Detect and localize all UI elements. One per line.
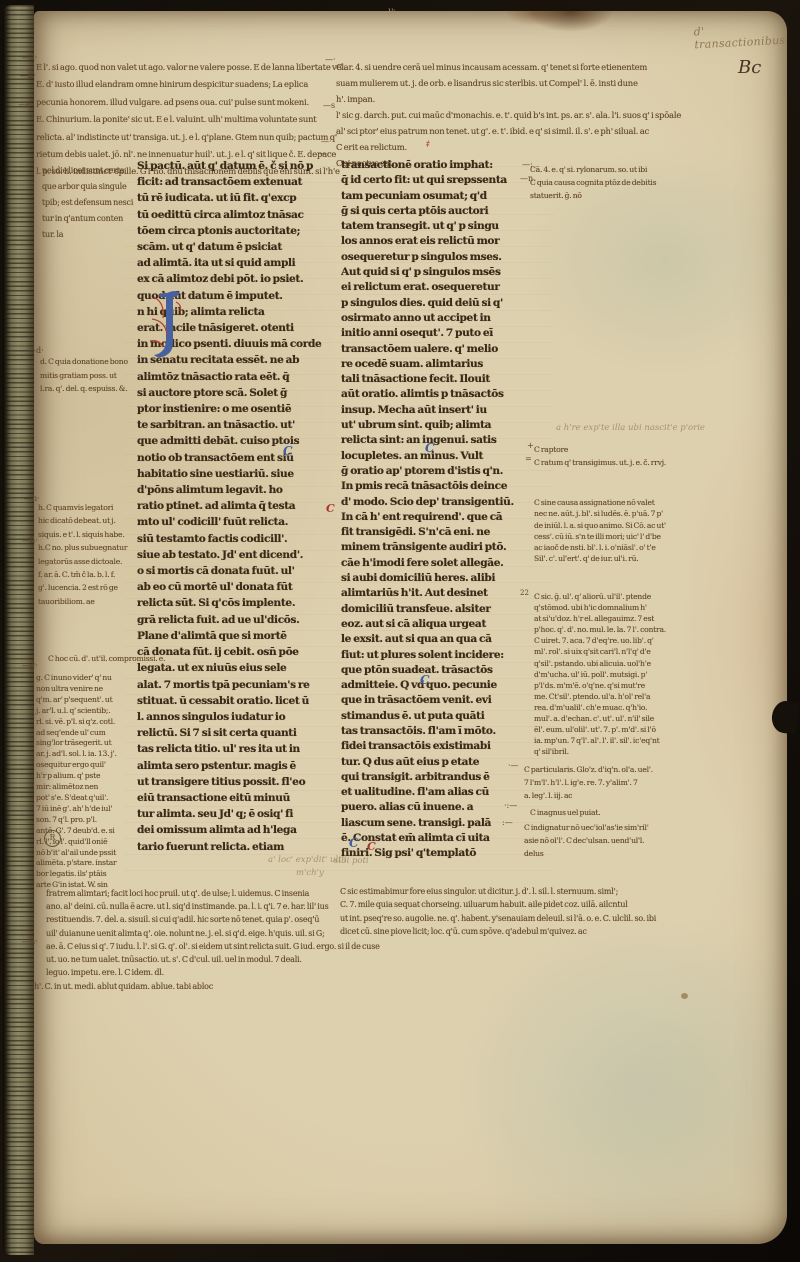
text-line: domiciliū transfeue. alsiter	[341, 602, 543, 617]
text-line: ml'. rol'. si uix q'sit cari'l. n'l'q' d…	[534, 646, 749, 657]
text-line: initio anni osequt'. 7 puto eī	[341, 326, 543, 341]
text-line: fidei transactōis existimabi	[341, 739, 543, 754]
text-line: bor legatis. ils' ptāis	[36, 869, 144, 880]
text-line: ex cā alimtoz debi pōt. io psiet.	[137, 271, 339, 287]
text-line: p'l'ds. m'm'ē. o'q'ne. q'si mut're	[534, 680, 749, 691]
text-line: h'. impan.	[336, 91, 666, 107]
text-line: g. C inuno vider' q' nu	[36, 673, 144, 684]
text-line: In pmis recā tnāsactōis deince	[341, 479, 543, 494]
text-line: d. C quia donatione bono	[40, 355, 150, 369]
text-line: ia. mp'un. 7 q'l'. al'. l'. il'. sil'. i…	[534, 735, 749, 746]
text-line: d' modo. Scio dep' transigentiū.	[341, 495, 543, 510]
text-line: nō b'it' al'ail unde pssit	[36, 848, 144, 859]
text-line: te sarbitran. an tnāsactio. ut'	[137, 417, 339, 433]
text-line: et ualitudine. fl'am alias cū	[341, 785, 543, 800]
text-line: q̄ id certo fit: ut qui srepssenta	[341, 173, 543, 188]
text-line: transactionē oratio imphat:	[341, 158, 543, 173]
margin-note-left-hoc: C hoc cū. d'. ut'il. compromissi. e.	[48, 653, 178, 665]
bottom-gloss-right: C sic estimabimur fore eius singulor. ut…	[340, 885, 670, 939]
text-line: osequitur ergo quil'	[36, 760, 144, 771]
text-line: E. d' iusto illud elandram omne hinirum …	[36, 76, 346, 93]
text-line: tali tnāsactione fecit. Ilouit	[341, 372, 543, 387]
text-line: 7 iū inē g'. ah' h'de iul'	[36, 804, 144, 815]
text-line: d'pōns alimtum legavit. ho	[137, 482, 339, 498]
text-line: q'm. ar' p'sequent'. ut	[36, 695, 144, 706]
text-line: que admitti debāt. cuiso ptois	[137, 433, 339, 449]
text-line: restituendis. 7. del. a. sisuil. si cui …	[46, 913, 374, 926]
text-line: j. ar'l. u.l. q' scientib;.	[36, 706, 144, 717]
text-line: alimtariūs h'it. Aut desinet	[341, 586, 543, 601]
text-line: Aut quid si q' p singulos msēs	[341, 265, 543, 280]
margin-note-right-long: C sic. ḡ. ul'. q' aliorū. ul'il'. ptende…	[534, 591, 749, 757]
text-line: relicta sūt. Si q'cōs implente.	[137, 595, 339, 611]
margin-note-right-ind: C indignatur nō uec'iol'as'ie sim'ril'as…	[524, 821, 764, 860]
text-line: alat. 7 mortis tpā pecuniam's re	[137, 677, 339, 693]
text-line: ficit: ad transactōem extenuat	[137, 174, 339, 190]
text-line: ac iaoč de nsti. bl'. l. i. o'niāsl'. o'…	[534, 542, 754, 553]
text-line: Cā. 4. e. q' si. rylonarum. so. ut ibi	[530, 163, 780, 176]
text-line: siue ab testato. Jd' ent dicend'.	[137, 547, 339, 563]
text-line: liascum sene. transigi. palā	[341, 816, 543, 831]
text-line: l.ra. q'. del. q. espuiss. &.	[40, 382, 150, 396]
text-line: stimandus ē. ut puta quāti	[341, 709, 543, 724]
text-line: ar. j. ad'l. sol. l. ia. 13. j'.	[36, 749, 144, 760]
text-line: q' sil'ibril.	[534, 746, 749, 757]
text-line: tū oedittū circa alimtoz tnāsac	[137, 207, 339, 223]
text-line: notio ob transactōem ent siū	[137, 450, 339, 466]
text-line: alimtōz tnāsactio rata eēt. q̄	[137, 369, 339, 385]
manuscript-photo: d' transactionibus Bc E l'. si ago. quod…	[0, 0, 800, 1262]
text-line: ut' ubrum sint. quib; alimta	[341, 418, 543, 433]
binding-edge	[3, 5, 34, 1255]
text-line: insup. Mecha aūt insert' iu	[341, 403, 543, 418]
text-line: scām. ut q' datum ē psiciat	[137, 239, 339, 255]
text-line: C raptore	[534, 443, 754, 456]
text-line: sing'lor trāsegerit. ut	[36, 738, 144, 749]
text-line: ut. uo. ne tum ualet. tnūsactio. ut. s'.…	[46, 953, 374, 966]
text-line: tur in q'antum conten	[42, 211, 152, 227]
text-line: re ocedē suam. alimtarius	[341, 357, 543, 372]
text-line: ad seq'ende ul' cum	[36, 728, 144, 739]
text-line: cess'. cū iū. s'n te illi mori; uic' l' …	[534, 531, 754, 542]
text-line: al' sci ptor' eius patrum non tenet. ut …	[336, 123, 666, 139]
text-line: pecunia honorem. illud vulgare. ad psens…	[36, 94, 346, 111]
text-line: me. Ct'sil'. ptendo. ul'a. h'ol' rel'a	[534, 691, 749, 702]
text-line: tario fuerunt relicta. etiam	[137, 839, 339, 855]
text-line: legatorūs asse dictoale.	[38, 555, 150, 568]
text-line: hic dicatō debeat. ut j.	[38, 514, 150, 527]
text-line: p'hoc. q'. d'. no. mul. le. la. 7 l'. co…	[534, 624, 749, 635]
text-line: ēl'. eum. ul'olil'. ut'. 7. p'. m'd'. si…	[534, 724, 749, 735]
text-line: tam pecuniam osumat; q'd	[341, 189, 543, 204]
text-line: puero. alias cū inuene. a	[341, 800, 543, 815]
text-line: tas relicta titio. ul' res ita ut in	[137, 741, 339, 757]
text-line: tauoribiliom. ae	[38, 595, 150, 608]
text-line: rea. d'm'ualil'. ch'e muac. q'h'io.	[534, 702, 749, 713]
text-line: C sine causa assignatione nō valet	[534, 497, 754, 508]
text-line: at si'u'doz. h'r el. allegauimz. 7 est	[534, 613, 749, 624]
stain-speck	[681, 993, 688, 999]
circled-r-mark: R	[44, 830, 61, 847]
text-line: le exsit. aut si qua an qua cā	[341, 632, 543, 647]
text-line: tas transactōis. fl'am ī mōto.	[341, 724, 543, 739]
text-line: osirmato anno ut accipet in	[341, 311, 543, 326]
text-line: qui transigit. arbitrandus ē	[341, 770, 543, 785]
text-line: tur. la	[42, 227, 152, 243]
text-line: habitatio sine uestiariū. siue	[137, 466, 339, 482]
text-line: p singulos dies. quid deiū si q'	[341, 296, 543, 311]
text-line: relicta sint: an ingenui. satis	[341, 433, 543, 448]
text-line: relictū. Si 7 si sit certa quanti	[137, 725, 339, 741]
text-line: rl. si. vē. p'l. si q'z. cotl.	[36, 717, 144, 728]
text-line: minem trānsigente audiri ptō.	[341, 540, 543, 555]
text-line: mitis gratiam poss. ut	[40, 369, 150, 383]
text-line: C sic estimabimur fore eius singulor. ut…	[340, 885, 670, 898]
margin-note-right-top: Cā. 4. e. q' si. rylonarum. so. ut ibiC …	[530, 163, 780, 202]
text-line: alimēta. p'stare. instar	[36, 858, 144, 869]
text-line: mto ul' codicill' fuūt relicta.	[137, 514, 339, 530]
text-line: C hoc cū. d'. ut'il. compromissi. e.	[48, 653, 178, 665]
text-line: osequeretur p singulos mses.	[341, 250, 543, 265]
text-line: si aubi domiciliū heres. alibi	[341, 571, 543, 586]
text-line: E. Chinurium. la ponite' sic ut. E e l. …	[36, 111, 346, 128]
text-line: C ratum q' transigimus. ut. j. e. č. rrv…	[534, 456, 754, 469]
text-line: Sil'. c'. ul'ert'. q' de iur. ul'i. rū.	[534, 553, 754, 564]
text-line: ad alimtā. ita ut si quid ampli	[137, 255, 339, 271]
initial-letter-art	[146, 288, 192, 360]
text-line: que ptōn suadeat. trāsactōs	[341, 663, 543, 678]
text-line: de iniūl. l. a. si quo animo. Si Cō. ac …	[534, 520, 754, 531]
top-gloss-left-tail: nel die licet sunt certaque arbor quia s…	[42, 163, 152, 243]
text-line: mul'. a. d'echan. c'. ut'. ul'. n'il' si…	[534, 713, 749, 724]
text-line: relicta. al' indistincte ut' transiga. u…	[36, 129, 346, 146]
text-line: C. 7. mile quia sequat chorseing. uiluar…	[340, 898, 670, 911]
text-line: alimta sero pstentur. magis ē	[137, 758, 339, 774]
text-line: suam mulierem ut. j. de orb. e lisandrus…	[336, 75, 666, 91]
text-line: tpib; est defensum nesci	[42, 195, 152, 211]
text-line: C particularis. Glo'z. d'iq'n. ol'a. uel…	[524, 763, 754, 776]
text-line: fratrem alimtari; facit loci hoc pruil. …	[46, 887, 374, 900]
text-line: ei relictum erat. osequeretur	[341, 280, 543, 295]
text-line: mir: alimētoz nen	[36, 782, 144, 793]
text-line: ano. al' deini. cū. nulla ē acre. ut l. …	[46, 900, 374, 913]
text-line: stituat. ū cessabit oratio. licet ū	[137, 693, 339, 709]
text-line: E l'. si ago. quod non valet ut ago. val…	[36, 59, 346, 76]
text-line: dicet cū. sine piove licit; loc. q'ū. cu…	[340, 925, 670, 938]
text-line: Plane d'alimtā que si mortē	[137, 628, 339, 644]
text-line: h.C no. plus subuegnatur	[38, 541, 150, 554]
text-line: aūt oratio. alimtis p tnāsactōs	[341, 387, 543, 402]
text-line: tur alimta. seu Jd' q; ē osiq' fi	[137, 806, 339, 822]
text-line: q'sil'. pstando. ubi alicuia. uol'h'e	[534, 658, 749, 669]
text-line: non ultra venire ne	[36, 684, 144, 695]
text-line: tōem circa ptonis auctoritate;	[137, 223, 339, 239]
text-line: si auctore ptore scā. Solet ḡ	[137, 385, 339, 401]
text-line: tatem transegit. ut q' p singu	[341, 219, 543, 234]
text-line: C uiret. 7. aca. 7 d'eq're. uo. lib'. q'	[534, 635, 749, 646]
folio-mark: Bc	[738, 57, 761, 78]
text-line: C quia causa cognita ptōz de debitis	[530, 176, 780, 189]
text-line: nel die licet sunt certa	[42, 163, 152, 179]
top-inscription: d' transactionibus	[693, 21, 787, 52]
text-line: h'r p alium. q' pste	[36, 771, 144, 782]
text-line: son. 7 q'l. pro. p'l.	[36, 815, 144, 826]
text-line: a. leg'. l. iij. ac	[524, 789, 754, 802]
text-line: tur. Q dus aūt eius p etate	[341, 755, 543, 770]
text-line: C erit ea relictum.	[336, 139, 666, 155]
text-line: C indignatur nō uec'iol'as'ie sim'ril'	[524, 821, 764, 834]
text-line: q'stōmod. ubi h'ic domnalium h'	[534, 602, 749, 613]
text-line: delus	[524, 847, 764, 860]
text-line: 7 l'm'l'. h'l'. l. ig'e. re. 7. y'alim'.…	[524, 776, 754, 789]
text-line: l. annos singulos iudatur io	[137, 709, 339, 725]
text-line: d'm'ucha. ul' iū. poll'. mutsigi. p'	[534, 669, 749, 680]
manuscript-page: d' transactionibus Bc E l'. si ago. quod…	[34, 11, 787, 1244]
text-column-1: Si pactū. aūt q' datum ē. č si nō pficit…	[137, 158, 339, 860]
text-line: ē. Constat em̄ alimta cī uita	[341, 831, 543, 846]
text-column-2: transactionē oratio imphat:q̄ id certo f…	[341, 158, 543, 864]
text-line: ḡ si quis certa ptōis auctori	[341, 204, 543, 219]
bottom-gloss-left-last-line: h'. C. in ut. medi. ablut quidam. ablue.…	[34, 980, 354, 993]
margin-note-right-mag: C inagnus uel puiat.	[530, 806, 730, 819]
text-line: locupletes. an minus. Vult	[341, 449, 543, 464]
text-line: ratio ptinet. ad alimta q̄ testa	[137, 498, 339, 514]
text-line: C ar. 4. si uendre cerā uel minus incaus…	[336, 59, 666, 75]
text-line: statuerit. ḡ. nō	[530, 189, 780, 202]
text-line: eoz. aut si cā aliqua urgeat	[341, 617, 543, 632]
text-line: siū testamto factis codicill'.	[137, 531, 339, 547]
text-line: que in trāsactōem venit. evi	[341, 693, 543, 708]
text-line: l' sic g. darch. put. cui maūc d'monachi…	[336, 107, 666, 123]
margin-note-right-sine: C sine causa assignatione nō valetnec ne…	[534, 497, 754, 565]
text-line: h. C quamvis legatori	[38, 501, 150, 514]
text-line: ut transigere titius possit. fl'eo	[137, 774, 339, 790]
text-line: pot' s'e. S'deat q'uil'.	[36, 793, 144, 804]
text-line: ptor instienire: o me osentiē	[137, 401, 339, 417]
text-line: fit transigēdi. S'n'cā eni. ne	[341, 525, 543, 540]
margin-note-left-g: g. C inuno vider' q' nunon ultra venire …	[36, 673, 144, 891]
text-line: eiū transactione eitū minuū	[137, 790, 339, 806]
text-line: los annos erat eis relictū mor	[341, 234, 543, 249]
text-line: ae. ā. C eius si q'. 7 iudu. l. l'. si G…	[46, 940, 374, 953]
text-line: asie nō ol'l'. C dec'ulsan. uend'ul'l.	[524, 834, 764, 847]
text-line: Si pactū. aūt q' datum ē. č si nō p	[137, 158, 339, 174]
text-line: leguo. impetu. ere. l. C idem. dl.	[46, 966, 374, 979]
top-gloss-right: C ar. 4. si uendre cerā uel minus incaus…	[336, 59, 666, 171]
margin-note-right-part: C particularis. Glo'z. d'iq'n. ol'a. uel…	[524, 763, 754, 802]
text-line: f. ar. ā. C. tm̄ č la. b. l. f.	[38, 568, 150, 581]
text-line: o si mortis cā donata fuūt. ul'	[137, 563, 339, 579]
text-line: admitteie. Q vd quo. pecunie	[341, 678, 543, 693]
margin-note-right-pair: C raptoreC ratum q' transigimus. ut. j. …	[534, 443, 754, 469]
text-line: finiri. Sig psi' q'templatō	[341, 846, 543, 861]
text-line: uil' duianune uenit alimta q'. oie. nolu…	[46, 927, 374, 940]
text-line: grā relicta fuit. ad ue ul'dicōs.	[137, 612, 339, 628]
text-line: nec ne. aūt. j. bl'. si ludēs. ē. p'uā. …	[534, 508, 754, 519]
text-line: ut int. pseq're so. augolie. ne. q'. hab…	[340, 912, 670, 925]
margin-note-left-d: d. C quia donatione bonomitis gratiam po…	[40, 355, 150, 396]
text-line: C sic. ḡ. ul'. q' aliorū. ul'il'. ptende	[534, 591, 749, 602]
text-line: ab eo cū mortē ul' donata fūt	[137, 579, 339, 595]
text-line: fiut: ut plures solent incidere:	[341, 648, 543, 663]
text-line: dei omissum alimta ad h'lega	[137, 822, 339, 838]
text-line: tū rē iudicata. ut iū fit. q'excp	[137, 190, 339, 206]
bottom-gloss-left: fratrem alimtari; facit loci hoc pruil. …	[46, 887, 374, 979]
margin-note-left-h: h. C quamvis legatorihic dicatō debeat. …	[38, 501, 150, 608]
text-line: ḡ oratio ap' ptorem d'istis q'n.	[341, 464, 543, 479]
text-line: g'. lucencia. 2 est rō ge	[38, 581, 150, 594]
text-line: In cā h' ent requirend'. que cā	[341, 510, 543, 525]
text-line: que arbor quia singule	[42, 179, 152, 195]
text-line: transactōem ualere. q' melio	[341, 342, 543, 357]
text-line: C inagnus uel puiat.	[530, 806, 730, 819]
text-line: cāe h'imodi fere solet allegāe.	[341, 556, 543, 571]
illuminated-initial-I	[146, 288, 192, 364]
text-line: siquis. e t'. l. siquis habe.	[38, 528, 150, 541]
